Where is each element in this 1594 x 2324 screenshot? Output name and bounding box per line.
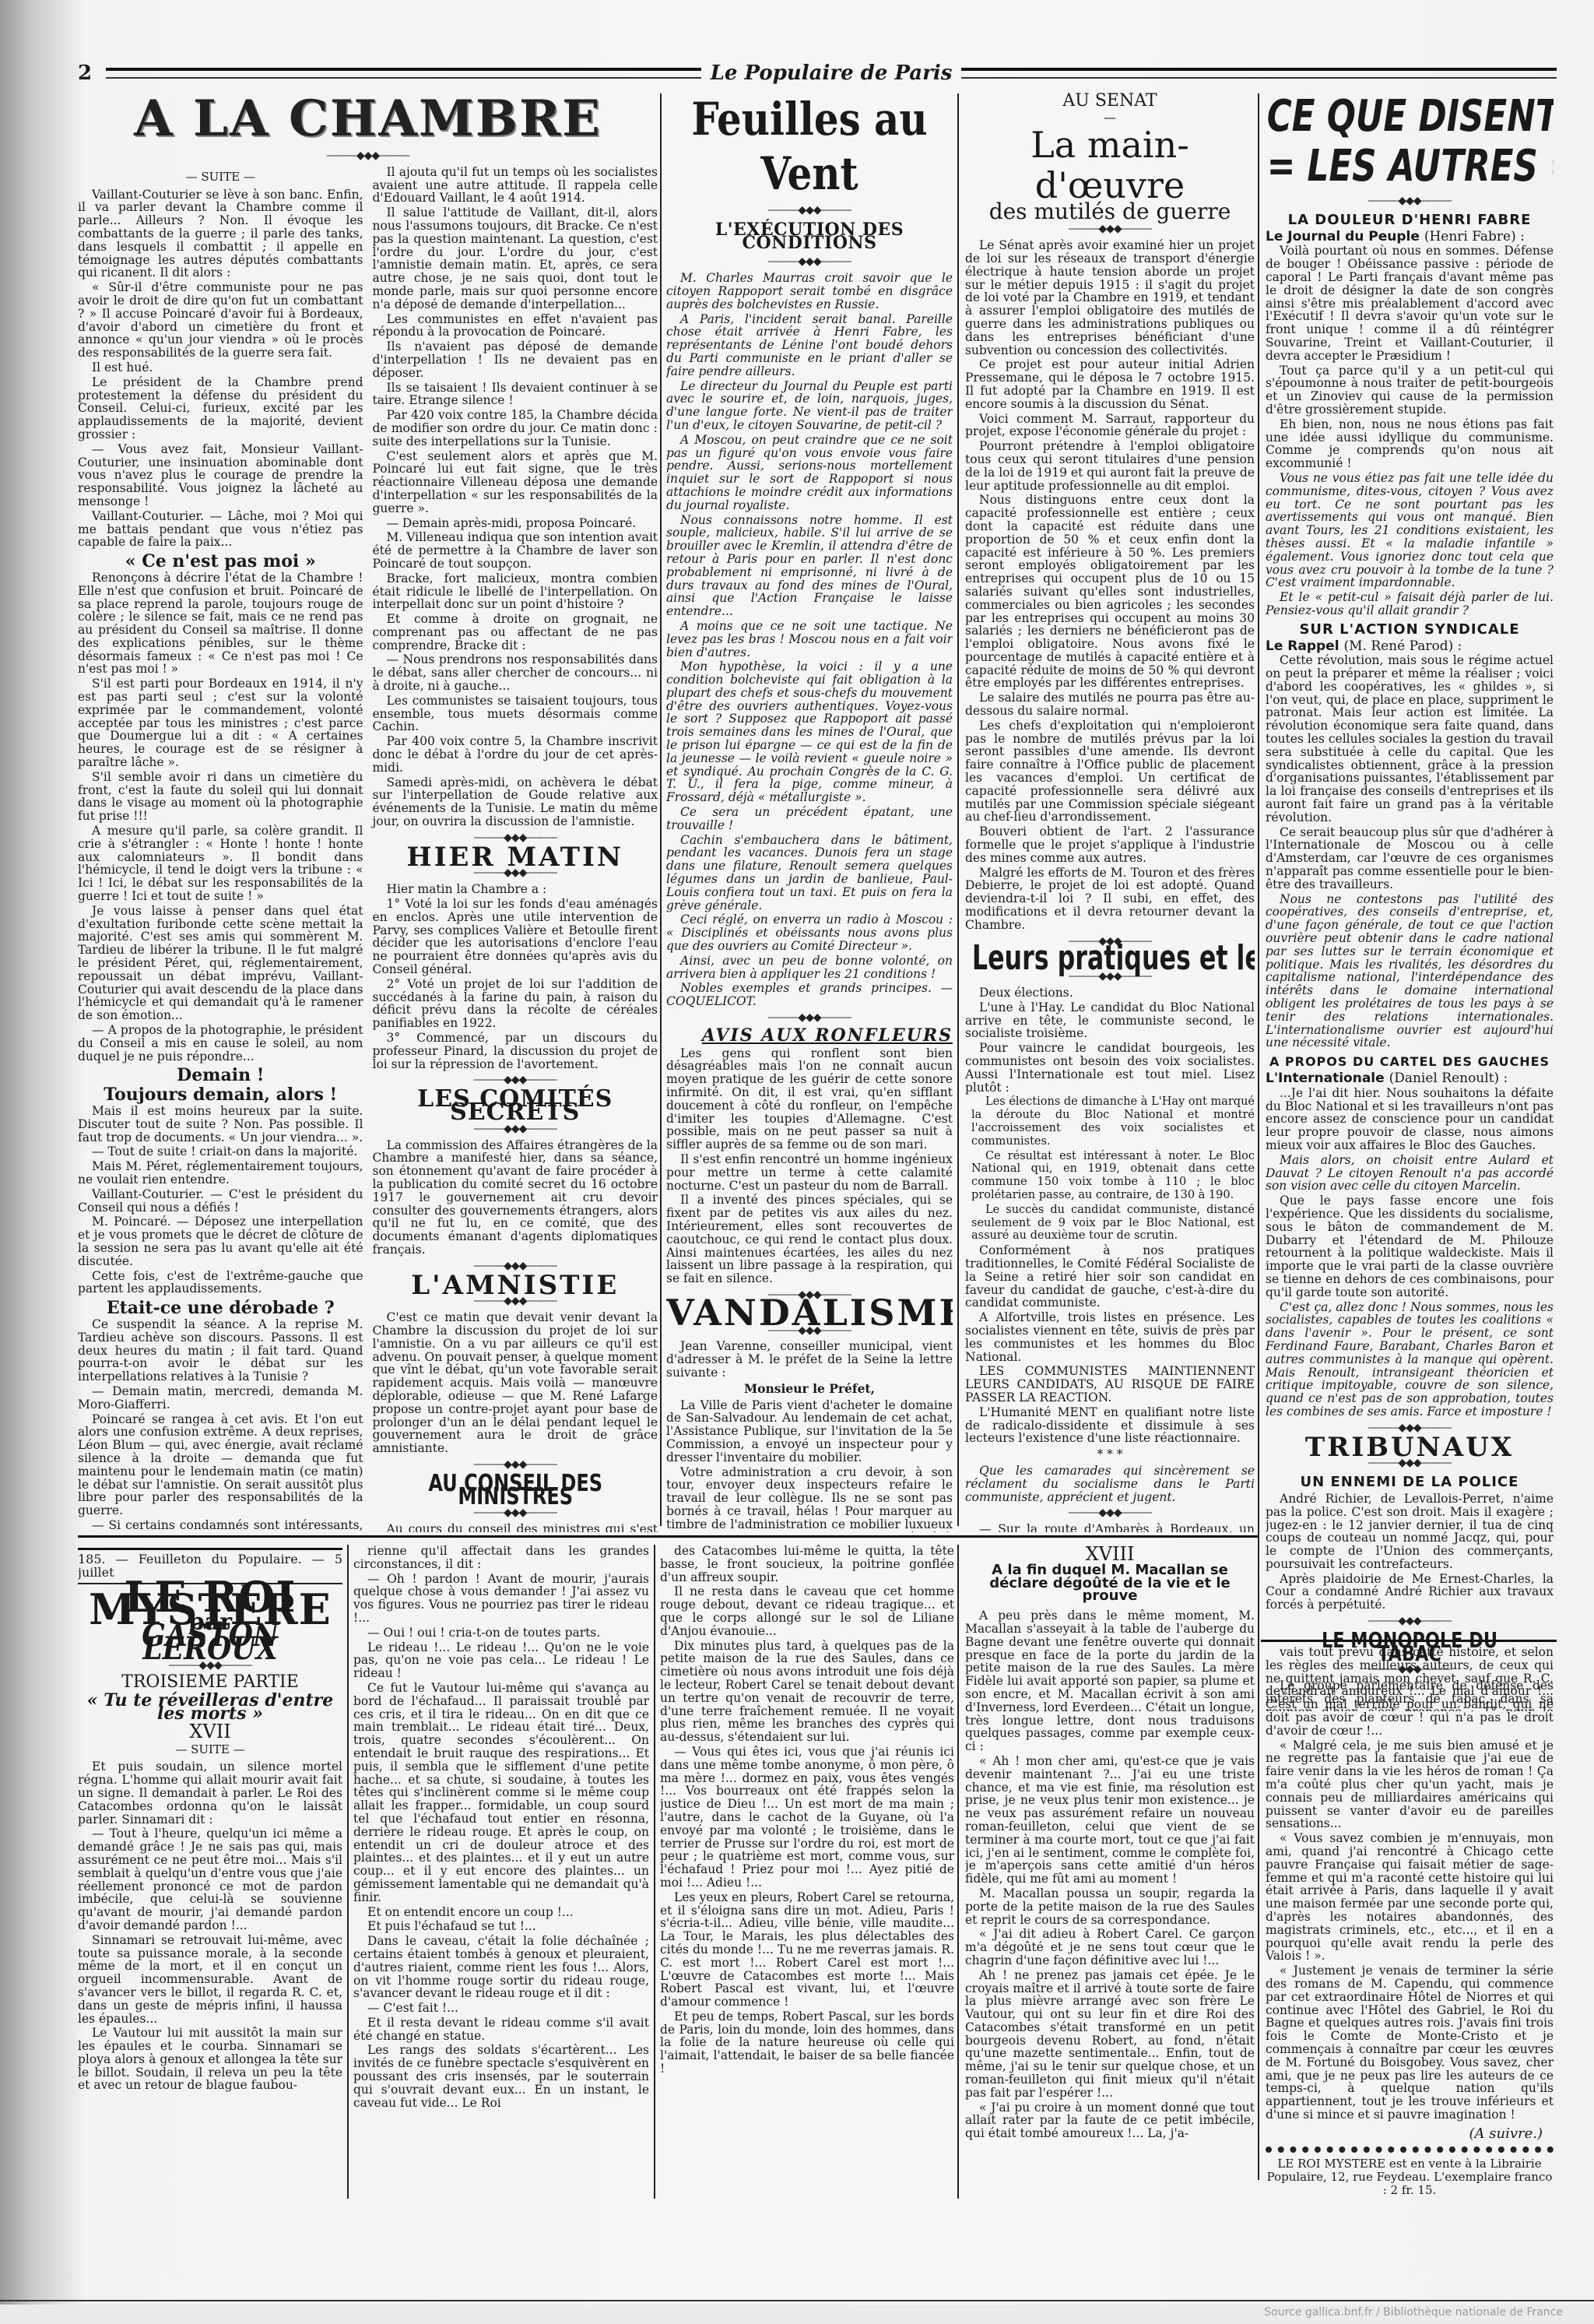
paragraph: « J'ai dit adieu à Robert Carel. Ce garç… [965,1928,1255,1967]
editorial-comment: Nous ne contestons pas l'utilité des coo… [1266,893,1554,1050]
paragraph: Il salue l'attitude de Vaillant, dit-il,… [373,206,658,311]
paragraph: Le succès du candidat communiste, distan… [965,1204,1255,1243]
masthead-rule-left [106,68,701,79]
ornament [965,1507,1255,1520]
paragraph: Sinnamari se retrouvait lui-même, avec t… [78,1934,342,2026]
paragraph: — C'est fait !... [353,2002,649,2015]
paragraph: 3° Commencé, par un discours du professe… [373,1032,658,1071]
paragraph: S'il semble avoir ri dans un cimetière d… [78,771,363,823]
paragraph: — Tout à l'heure, quelqu'un ici même a d… [78,1827,342,1932]
paragraph-group: Mais il est moins heureux par la suite. … [78,1105,363,1296]
page-number: 2 [78,62,97,85]
paragraph: A peu près dans le même moment, M. Macal… [965,1609,1255,1753]
paragraph: Eh bien, non, nous ne nous étions pas fa… [1266,418,1554,470]
paragraph: Les rangs des soldats s'écartèrent... Le… [353,2044,649,2109]
kicker-au-senat: AU SÉNAT [965,95,1255,108]
paragraph-group: rienne qu'il affectait dans les grandes … [353,1545,649,2109]
source-name: Le Rappel [1266,638,1339,654]
paragraph: Cachin s'embauchera dans le bâtiment, pe… [666,834,953,912]
feuilleton-divider [78,1535,1258,1538]
paragraph: André Richier, de Levallois-Perret, n'ai… [1266,1492,1554,1571]
paragraph: ...Je l'ai dit hier. Nous souhaitons la … [1266,1087,1554,1152]
paragraph: A moins que ce ne soit une tactique. Ne … [666,620,953,659]
paragraph: — Tout de suite ! criait-on dans la majo… [78,1145,363,1158]
paragraph-group: Cette révolution, mais sous le régime ac… [1266,654,1554,891]
paragraph: Ce suspendit la séance. A la reprise M. … [78,1318,363,1384]
paragraph: « J'ai pu croire à un moment donné que t… [965,2101,1255,2140]
paragraph: Ah ! ne prenez pas jamais cet épée. Je l… [965,1969,1255,2100]
newspaper-page: 2 Le Populaire de Paris A LA CHAMBRE — S… [0,0,1594,2305]
subhead-ce-nest-pas-moi: « Ce n'est pas moi » [78,555,363,568]
feuilleton-chapter-title: A la fin duquel M. Macallan se déclare d… [965,1564,1255,1603]
column-rule [660,93,662,1526]
paragraph: Au cours du conseil des ministres qui s'… [373,1523,658,1532]
article-au-senat: AU SÉNAT — La main-d'œuvre des mutilés d… [965,92,1255,1532]
paragraph-group: Les élections de dimanche à L'Hay ont ma… [965,1095,1255,1243]
column-rule [654,1545,655,2199]
paragraph: Voici comment M. Sarraut, rapporteur du … [965,413,1255,439]
masthead-rule-right [961,68,1557,79]
suite-label: — SUITE — [78,1743,342,1756]
feuilleton-chapter: XVII [78,1725,342,1739]
ornament [666,255,953,269]
column-rule [957,93,959,1526]
editorial-comment: Vous ne vous étiez pas fait une telle id… [1266,472,1554,589]
headline-a-la-chambre: A LA CHAMBRE [78,92,658,146]
headline-comites-secrets: LES COMITÉS SECRETS [373,1093,658,1120]
paragraph: Mon hypothèse, la voici : il y a une con… [666,660,953,804]
paragraph: Hier matin la Chambre a : [373,883,658,896]
paragraph: — Vous avez fait, Monsieur Vaillant-Cout… [78,443,363,508]
paragraph: « Justement je venais de terminer la sér… [1266,1964,1554,2122]
paragraph: Ainsi, avec un peu de bonne volonté, on … [666,955,953,981]
feuilleton-col-4: XVIII A la fin duquel M. Macallan se déc… [965,1545,1255,2206]
source-line: Le Rappel (M. René Parod) : [1266,640,1554,653]
paragraph: Et peu de temps, Robert Pascal, sur les … [660,2010,954,2076]
paragraph-group: ...Je l'ai dit hier. Nous souhaitons la … [1266,1087,1554,1152]
paragraph: Mais il est moins heureux par la suite. … [78,1105,363,1144]
section-action-syndicale: SUR L'ACTION SYNDICALE [1266,624,1554,637]
ornament [666,1011,953,1025]
paragraph: Votre administration a cru devoir, à son… [666,1466,953,1532]
paragraph: M. Charles Maurras croit savoir que le c… [666,272,953,311]
paragraph: A mesure qu'il parle, sa colère grandit.… [78,824,363,903]
ornament [1266,195,1554,208]
paragraph: Malgré les efforts de M. Touron et des f… [965,867,1255,932]
paragraph: C'est ce matin que devait venir devant l… [373,1311,658,1455]
paragraph: Dix minutes plus tard, à quelques pas de… [660,1640,954,1744]
paragraph-group: Et puis soudain, un silence mortel régna… [78,1760,342,2092]
paragraph: Après plaidoirie de Me Ernest-Charles, l… [1266,1573,1554,1612]
newspaper-title: Le Populaire de Paris [711,62,953,85]
headline-avis-aux-ronfleurs: AVIS AUX RONFLEURS [666,1029,953,1042]
paragraph: A Paris, l'incident serait banal. Pareil… [666,313,953,378]
paragraph: « Malgré cela, je me suis bien amusé et … [1266,1739,1554,1831]
article-ce-que-disent-les-autres: CE QUE DISENT = LES AUTRES = LA DOULEUR … [1266,92,1554,1711]
paragraph: Nous connaissons notre homme. Il est sou… [666,514,953,618]
feuilleton-part: TROISIEME PARTIE [78,1676,342,1689]
paragraph-group: A peu près dans le même moment, M. Macal… [965,1609,1255,2140]
paragraph: L'Humanité MENT en qualifiant notre list… [965,1406,1255,1445]
paragraph: Vaillant-Couturier. — Lâche, moi ? Moi q… [78,510,363,549]
paragraph: Les gens qui ronflent sont bien désagréa… [666,1047,953,1151]
section-douleur-henri-fabre: LA DOULEUR D'HENRI FABRE [1266,214,1554,227]
paragraph: des Catacombes lui-même le quitta, la tê… [660,1545,954,1584]
paragraph: Il a inventé des pinces spéciales, qui s… [666,1194,953,1285]
paragraph-group: Le Sénat après avoir examiné hier un pro… [965,239,1255,931]
paragraph: M. Poincaré. — Déposez une interpellatio… [78,1215,363,1267]
paragraph: Il est hué. [78,361,363,374]
paragraph: Ce résultat est intéressant à noter. Le … [965,1150,1255,1202]
paragraph: Il ajouta qu'il fut un temps où les soci… [373,166,658,205]
paragraph: — Demain après-midi, proposa Poincaré. [373,517,658,530]
paragraph: Ce projet est pour auteur initial Adrien… [965,358,1255,410]
paragraph: vais tout prévu dans cette histoire, et … [1266,1646,1554,1738]
paragraph: — A propos de la photographie, le présid… [78,1024,363,1063]
feuilleton-col-2: rienne qu'il affectait dans les grandes … [353,1545,649,2206]
subheadline-mutiles: des mutilés de guerre [965,206,1255,219]
subhead-demain: Demain ! [78,1069,363,1082]
paragraph-group: Deux élections.L'une à l'Hay. Le candida… [965,986,1255,1094]
paragraph: Le président de la Chambre prend protest… [78,376,363,441]
paragraph-group: C'est ce matin que devait venir devant l… [373,1311,658,1455]
subhead-execution-conditions: L'EXÉCUTION DES CONDITIONS [666,223,953,250]
ornament [373,1123,658,1136]
chambre-column-1: — SUITE — Vaillant-Couturier se lève à s… [78,166,363,1532]
masthead: 2 Le Populaire de Paris [78,64,1557,83]
paragraph: L'une à l'Hay. Le candidat du Bloc Natio… [965,1001,1255,1040]
ornament [666,204,953,217]
chambre-column-2: Il ajouta qu'il fut un temps où les soci… [373,166,658,1532]
column-rule [957,1545,959,2199]
paragraph: Pour vaincre le candidat bourgeois, les … [965,1042,1255,1094]
editorial-comment: Et le « petit-cul » faisait déjà parler … [1266,591,1554,617]
paragraph-group: Jean Varenne, conseiller municipal, vien… [666,1340,953,1379]
feuilleton-col-5: vais tout prévu dans cette histoire, et … [1266,1646,1554,2238]
paragraph: Cette fois, c'est de l'extrême-gauche qu… [78,1270,363,1296]
headline-conseil-ministres: AU CONSEIL DES MINISTRES [401,1478,629,1504]
paragraph: Par 420 voix contre 185, la Chambre déci… [373,409,658,448]
letter-salutation: Monsieur le Préfet, [666,1383,953,1396]
headline-vandalisme: VANDALISME [666,1306,953,1320]
paragraph: Ils n'avaient pas déposé de demande d'in… [373,340,658,379]
feuilleton-col-1: 185. — Feuilleton du Populaire. — 5 juil… [78,1545,342,2206]
paragraph-group: Hier matin la Chambre a :1° Voté la loi … [373,883,658,1071]
paragraph: Et puis soudain, un silence mortel régna… [78,1760,342,1826]
paragraph: « Ah ! mon cher ami, qu'est-ce que je va… [965,1755,1255,1886]
paragraph: Ils se taisaient ! Ils devaient continue… [373,381,658,408]
short-rule: — [965,111,1255,125]
paragraph: M. Villeneau indiqua que son intention a… [373,531,658,570]
paragraph: Vaillant-Couturier. — C'est le président… [78,1188,363,1215]
paragraph-group: Au cours du conseil des ministres qui s'… [373,1523,658,1532]
paragraph-group: Les gens qui ronflent sont bien désagréa… [666,1047,953,1285]
paragraph: Ceci réglé, on enverra un radio à Moscou… [666,913,953,952]
closing-italic: Que les camarades qui sincèrement se réc… [965,1464,1255,1503]
feuilleton-col-3: des Catacombes lui-même le quitta, la tê… [660,1545,954,2206]
feuilleton-author: GASTON LEROUX [91,1630,329,1656]
paragraph: — Oui ! oui ! cria-t-on de toutes parts. [353,1626,649,1640]
paragraph-group: Il ajouta qu'il fut un temps où les soci… [373,166,658,828]
paragraph: S'il est parti pour Bordeaux en 1914, il… [78,677,363,769]
paragraph: — Oh ! pardon ! Avant de mourir, j'aurai… [353,1573,649,1625]
a-suivre: (A suivre.) [1276,2128,1543,2141]
ornament [78,149,658,163]
paragraph: Les élections de dimanche à L'Hay ont ma… [965,1095,1255,1148]
source-author: (Henri Fabre) : [1424,229,1525,244]
paragraph-group: vais tout prévu dans cette histoire, et … [1266,1646,1554,2122]
paragraph: Poincaré se rangea à cet avis. Et l'on e… [78,1413,363,1517]
paragraph: Nous distinguons entre ceux dont la capa… [965,494,1255,690]
headline-leurs-pratiques: Leurs pratiques et les nôtres [972,952,1248,965]
paragraph: Et il resta devant le rideau comme s'il … [353,2016,649,2043]
paragraph-group: des Catacombes lui-même le quitta, la tê… [660,1545,954,2076]
paragraph-group: Voilà pourtant où nous en sommes. Défens… [1266,244,1554,470]
paragraph: Par 400 voix contre 5, la Chambre inscri… [373,735,658,774]
paragraph: « Sûr-il d'être communiste pour ne pas a… [78,281,363,360]
paragraph: Pourront prétendre à l'emploi obligatoir… [965,440,1255,492]
paragraph-group: Ce suspendit la séance. A la reprise M. … [78,1318,363,1532]
section-ennemi-police: UN ENNEMI DE LA POLICE [1266,1476,1554,1489]
paragraph: Les chefs d'exploitation qui n'emploiero… [965,719,1255,824]
source-name: L'Internationale [1266,1071,1385,1086]
paragraph-group: La commission des Affaires étrangères de… [373,1139,658,1257]
paragraph: Jean Varenne, conseiller municipal, vien… [666,1340,953,1379]
paragraph: A Moscou, on peut craindre que ce ne soi… [666,434,953,512]
paragraph: 2° Voté un projet de loi sur l'addition … [373,978,658,1030]
paragraph: rienne qu'il affectait dans les grandes … [353,1545,649,1571]
column-rule [1258,93,1259,2180]
ornament [1266,1615,1554,1628]
editorial-comment: C'est ça, allez donc ! Nous sommes, nous… [1266,1301,1554,1419]
paragraph: Cette révolution, mais sous le régime ac… [1266,654,1554,824]
headline-hier-matin: HIER MATIN [373,851,658,864]
paragraph-group: Que le pays fasse encore une fois l'expé… [1266,1194,1554,1299]
paragraph: Le Sénat après avoir examiné hier un pro… [965,239,1255,357]
section-cartel-des-gauches: A PROPOS DU CARTEL DES GAUCHES [1266,1056,1554,1069]
column-rule [347,1545,349,2199]
headline-ce-que-disent: CE QUE DISENT [1267,92,1553,142]
headline-les-autres: = LES AUTRES = [1267,142,1553,192]
paragraph: C'est seulement alors et après que M. Po… [373,450,658,515]
paragraph: — Si certains condamnés sont intéressant… [78,1519,363,1532]
paragraph: Et puis l'échafaud se tut !... [353,1920,649,1933]
paragraph: Bouveri obtient de l'art. 2 l'assurance … [965,825,1255,864]
paragraph: Nobles exemples et grands principes. — C… [666,982,953,1008]
paragraph: Il s'est enfin rencontré un homme ingéni… [666,1153,953,1192]
source-author: (Daniel Renoult) : [1389,1071,1508,1086]
feuilleton-chapter-18: XVIII [965,1548,1255,1561]
paragraph-group: Renonçons à décrire l'état de la Chambre… [78,571,363,1063]
paragraph: Ce sera un précédent épatant, une trouva… [666,806,953,832]
paragraph: La commission des Affaires étrangères de… [373,1139,658,1257]
feuilleton-part-title: « Tu te réveilleras d'entre les morts » [78,1694,342,1721]
paragraph: Que le pays fasse encore une fois l'expé… [1266,1194,1554,1299]
asterism: * * * [965,1448,1255,1461]
ornament [965,223,1255,236]
paragraph: Voilà pourtant où nous en sommes. Défens… [1266,244,1554,362]
paragraph: Tout ça parce qu'il y a un petit-cul qui… [1266,364,1554,417]
paragraph-group: André Richier, de Levallois-Perret, n'ai… [1266,1492,1554,1612]
headline-amnistie: L'AMNISTIE [373,1279,658,1292]
article-a-la-chambre: A LA CHAMBRE — SUITE — Vaillant-Couturie… [78,92,658,1532]
paragraph: Renonçons à décrire l'état de la Chambre… [78,571,363,676]
paragraph-group: M. Charles Maurras croit savoir que le c… [666,272,953,1008]
paragraph: Et on entendit encore un coup !... [353,1906,649,1919]
headline-feuilles-au-vent: Feuilles au Vent [686,92,932,201]
paragraph: « Vous savez combien je m'ennuyais, mon … [1266,1832,1554,1963]
source-credit: Source gallica.bnf.fr / Bibliothèque nat… [1264,2306,1563,2319]
source-author: (M. René Parod) : [1343,638,1462,654]
paragraph: Il ne resta dans le caveau que cet homme… [660,1585,954,1637]
paragraph: Les communistes en effet n'avaient pas r… [373,313,658,339]
source-name: Le Journal du Peuple [1266,229,1420,244]
paragraph: 1° Voté la loi sur les fonds d'eau aména… [373,898,658,976]
paragraph: Deux élections. [965,986,1255,1000]
subhead-derobade: Etait-ce une dérobade ? [78,1302,363,1315]
article-feuilles-au-vent: Feuilles au Vent L'EXÉCUTION DES CONDITI… [666,92,953,1532]
paragraph-group: La Ville de Paris vient d'acheter le dom… [666,1399,953,1532]
suite-label: — SUITE — [78,171,363,184]
paragraph: Samedi après-midi, on achèvera le débat … [373,776,658,828]
paragraph: Bracke, fort malicieux, montra combien é… [373,572,658,611]
paragraph: Vaillant-Couturier se lève à son banc. E… [78,188,363,280]
paragraph: Le Vautour lui mit aussitôt la main sur … [78,2027,342,2092]
book-advert: LE ROI MYSTERE est en vente à la Librair… [1266,2157,1554,2196]
editorial-comment: Mais alors, on choisit entre Aulard et D… [1266,1154,1554,1193]
paragraph: Le directeur du Journal du Peuple est pa… [666,380,953,432]
feuilleton-divider [1261,1640,1557,1642]
paragraph: — Vous qui êtes ici, vous que j'ai réuni… [660,1746,954,1890]
paragraph: — Nous prendrons nos responsabilités dan… [373,653,658,692]
paragraph: Le salaire des mutilés ne pourra pas êtr… [965,691,1255,718]
paragraph: Ce serait beaucoup plus sûr que d'adhére… [1266,826,1554,891]
paragraph: Je vous laisse à penser dans quel état d… [78,905,363,1022]
paragraph: La Ville de Paris vient d'acheter le dom… [666,1399,953,1464]
headline-tribunaux: TRIBUNAUX [1266,1441,1554,1454]
subhead-toujours-demain: Toujours demain, alors ! [78,1088,363,1102]
paragraph: Le rideau !... Le rideau !... Qu'on ne l… [353,1641,649,1680]
source-line: L'Internationale (Daniel Renoult) : [1266,1072,1554,1085]
ornament-border [1266,2146,1554,2153]
source-line: Le Journal du Peuple (Henri Fabre) : [1266,230,1554,244]
paragraph: Et comme à droite on grognait, ne compre… [373,613,658,652]
paragraph: M. Macallan poussa un soupir, regarda la… [965,1887,1255,1926]
paragraph: LES COMMUNISTES MAINTIENNENT LEURS CANDI… [965,1365,1255,1404]
brief-side-car: — Sur la route d'Ambarès à Bordeaux, un … [965,1523,1255,1532]
paragraph: Dans le caveau, c'était la folie déchaîn… [353,1935,649,2000]
paragraph: Mais M. Péret, réglementairement toujour… [78,1160,363,1187]
paragraph: Les communistes se taisaient toujours, t… [373,694,658,733]
headline-main-doeuvre: La main-d'œuvre [965,125,1255,206]
paragraph: Les yeux en pleurs, Robert Carel se reto… [660,1891,954,2009]
paragraph: Conformément à nos pratiques traditionne… [965,1244,1255,1310]
footer-rule [0,2300,1594,2301]
paragraph: — Demain matin, mercredi, demanda M. Mor… [78,1385,363,1412]
paragraph: A Alfortville, trois listes en présence.… [965,1311,1255,1363]
paragraph: Ce fut le Vautour lui-même qui s'avança … [353,1682,649,1904]
paragraph-group: Vaillant-Couturier se lève à son banc. E… [78,188,363,550]
paragraph-group: Conformément à nos pratiques traditionne… [965,1244,1255,1445]
